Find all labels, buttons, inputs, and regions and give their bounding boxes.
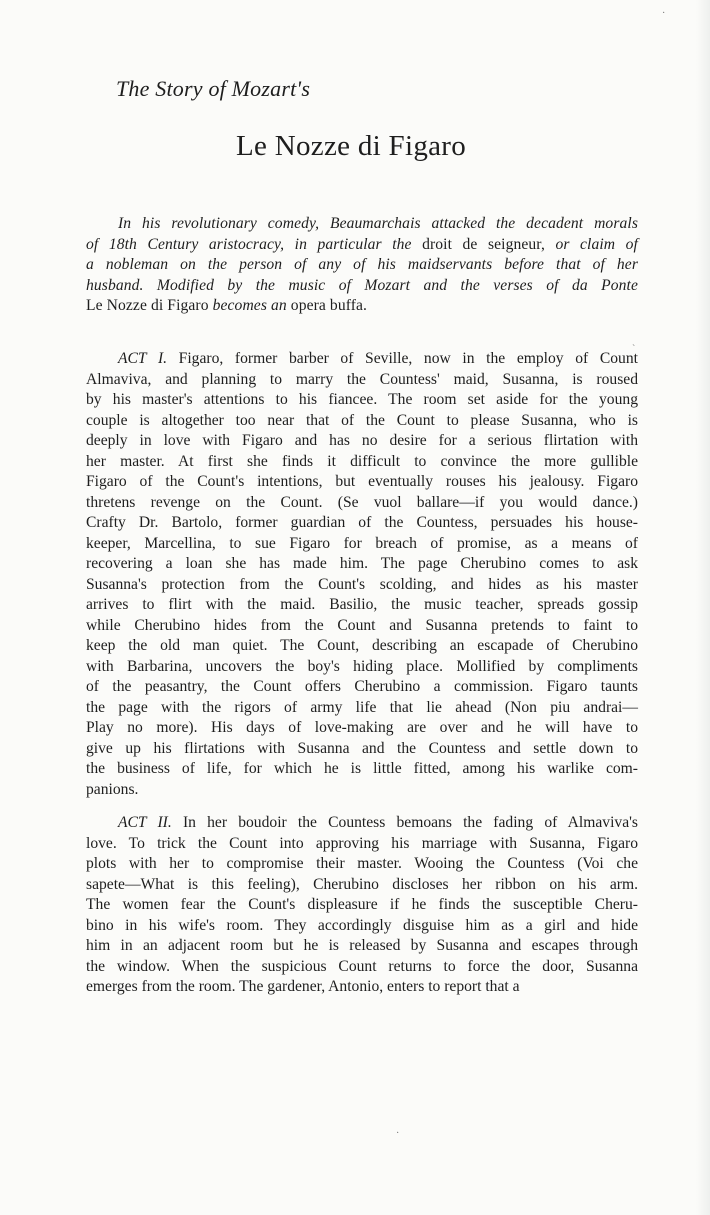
text-line: by his master's attentions to his fiance… [86, 390, 638, 411]
text-line: ACT I. Figaro, former barber of Seville,… [86, 349, 638, 370]
text-line: of the peasantry, the Count offers Cheru… [86, 677, 638, 698]
text-line: plots with her to compromise their maste… [86, 854, 638, 875]
act-label: ACT II. [118, 814, 172, 831]
act-1-paragraph: ACT I. Figaro, former barber of Seville,… [86, 349, 638, 800]
text-line: sapete—What is this feeling), Cherubino … [86, 875, 638, 896]
text-line: the window. When the suspicious Count re… [86, 957, 638, 978]
text-line: ACT II. In her boudoir the Countess bemo… [86, 813, 638, 834]
text-line: while Cherubino hides from the Count and… [86, 616, 638, 637]
text-line: husband. Modified by the music of Mozart… [86, 276, 638, 297]
text-line: panions. [86, 780, 638, 801]
text-line: couple is altogether too near that of th… [86, 411, 638, 432]
scan-speck: · [662, 8, 665, 19]
text-line: Crafty Dr. Bartolo, former guardian of t… [86, 513, 638, 534]
text-line: emerges from the room. The gardener, Ant… [86, 977, 638, 998]
text-line: her master. At first she finds it diffic… [86, 452, 638, 473]
intro-paragraph: In his revolutionary comedy, Beaumarchai… [86, 214, 638, 317]
text-line: arrives to flirt with the maid. Basilio,… [86, 595, 638, 616]
text-line: Le Nozze di Figaro becomes an opera buff… [86, 296, 638, 317]
text-line: thretens revenge on the Count. (Se vuol … [86, 493, 638, 514]
page-edge-shadow [696, 0, 710, 1215]
text-line: Play no more). His days of love-making a… [86, 718, 638, 739]
text-line: love. To trick the Count into approving … [86, 834, 638, 855]
text-line: the business of life, for which he is li… [86, 759, 638, 780]
text-line: bino in his wife's room. They accordingl… [86, 916, 638, 937]
text-line: recovering a loan she has made him. The … [86, 554, 638, 575]
text-line: Figaro of the Count's intentions, but ev… [86, 472, 638, 493]
text-line: Almaviva, and planning to marry the Coun… [86, 370, 638, 391]
text-line: give up his flirtations with Susanna and… [86, 739, 638, 760]
text-line: keep the old man quiet. The Count, descr… [86, 636, 638, 657]
scan-speck: · [396, 1128, 399, 1139]
text-line: with Barbarina, uncovers the boy's hidin… [86, 657, 638, 678]
text-line: The women fear the Count's displeasure i… [86, 895, 638, 916]
document-title: Le Nozze di Figaro [236, 130, 466, 163]
act-label: ACT I. [118, 350, 167, 367]
act-2-paragraph: ACT II. In her boudoir the Countess bemo… [86, 813, 638, 998]
text-line: Susanna's protection from the Count's sc… [86, 575, 638, 596]
text-line: of 18th Century aristocracy, in particul… [86, 235, 638, 256]
text-line: deeply in love with Figaro and has no de… [86, 431, 638, 452]
text-line: a nobleman on the person of any of his m… [86, 255, 638, 276]
text-line: him in an adjacent room but he is releas… [86, 936, 638, 957]
text-line: In his revolutionary comedy, Beaumarchai… [86, 214, 638, 235]
document-pretitle: The Story of Mozart's [116, 76, 310, 102]
text-line: keeper, Marcellina, to sue Figaro for br… [86, 534, 638, 555]
text-line: the page with the rigors of army life th… [86, 698, 638, 719]
